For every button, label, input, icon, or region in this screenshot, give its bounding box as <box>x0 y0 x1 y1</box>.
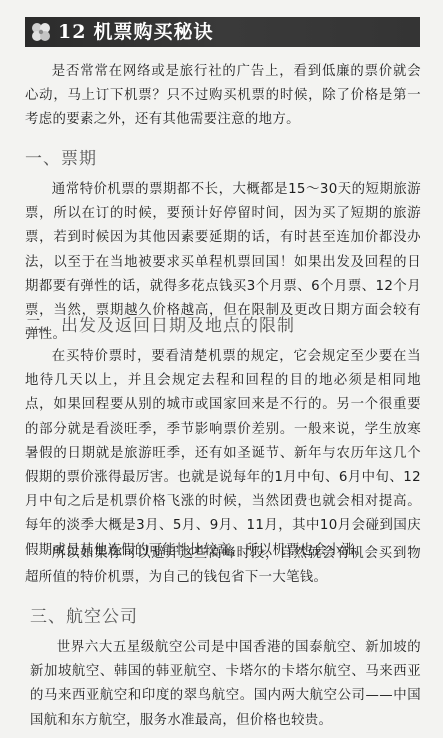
section-heading-ticket-period: 一、票期 <box>25 146 97 172</box>
paragraph: 所以如果你可以避开这些高峰时段，自然就会有机会买到物超所值的特价机票，为自己的钱… <box>25 542 421 590</box>
section-body-date-location-limits-2: 所以如果你可以避开这些高峰时段，自然就会有机会买到物超所值的特价机票，为自己的钱… <box>25 542 421 590</box>
section-heading-date-location-limits: 二、出发及返回日期及地点的限制 <box>25 313 295 339</box>
section-heading-airlines: 三、航空公司 <box>30 604 138 630</box>
document-page: 12机票购买秘诀 是否常常在网络或是旅行社的广告上，看到低廉的票价就会心动，马上… <box>0 0 443 738</box>
section-body-airlines: 世界六大五星级航空公司是中国香港的国泰航空、新加坡的新加坡航空、韩国的韩亚航空、… <box>30 636 421 733</box>
chapter-title-text: 机票购买秘诀 <box>93 21 213 43</box>
paragraph: 在买特价票时，要看清楚机票的规定，它会规定至少要在当地待几天以上，并且会规定去程… <box>25 345 421 563</box>
chapter-number: 12 <box>58 21 86 43</box>
paragraph: 世界六大五星级航空公司是中国香港的国泰航空、新加坡的新加坡航空、韩国的韩亚航空、… <box>30 636 421 733</box>
flower-icon <box>30 21 52 43</box>
section-body-date-location-limits: 在买特价票时，要看清楚机票的规定，它会规定至少要在当地待几天以上，并且会规定去程… <box>25 345 421 563</box>
intro-paragraph: 是否常常在网络或是旅行社的广告上，看到低廉的票价就会心动，马上订下机票？只不过购… <box>25 60 421 133</box>
intro-block: 是否常常在网络或是旅行社的广告上，看到低廉的票价就会心动，马上订下机票？只不过购… <box>25 60 421 133</box>
chapter-title: 12机票购买秘诀 <box>58 17 213 47</box>
chapter-title-bar: 12机票购买秘诀 <box>25 17 420 47</box>
